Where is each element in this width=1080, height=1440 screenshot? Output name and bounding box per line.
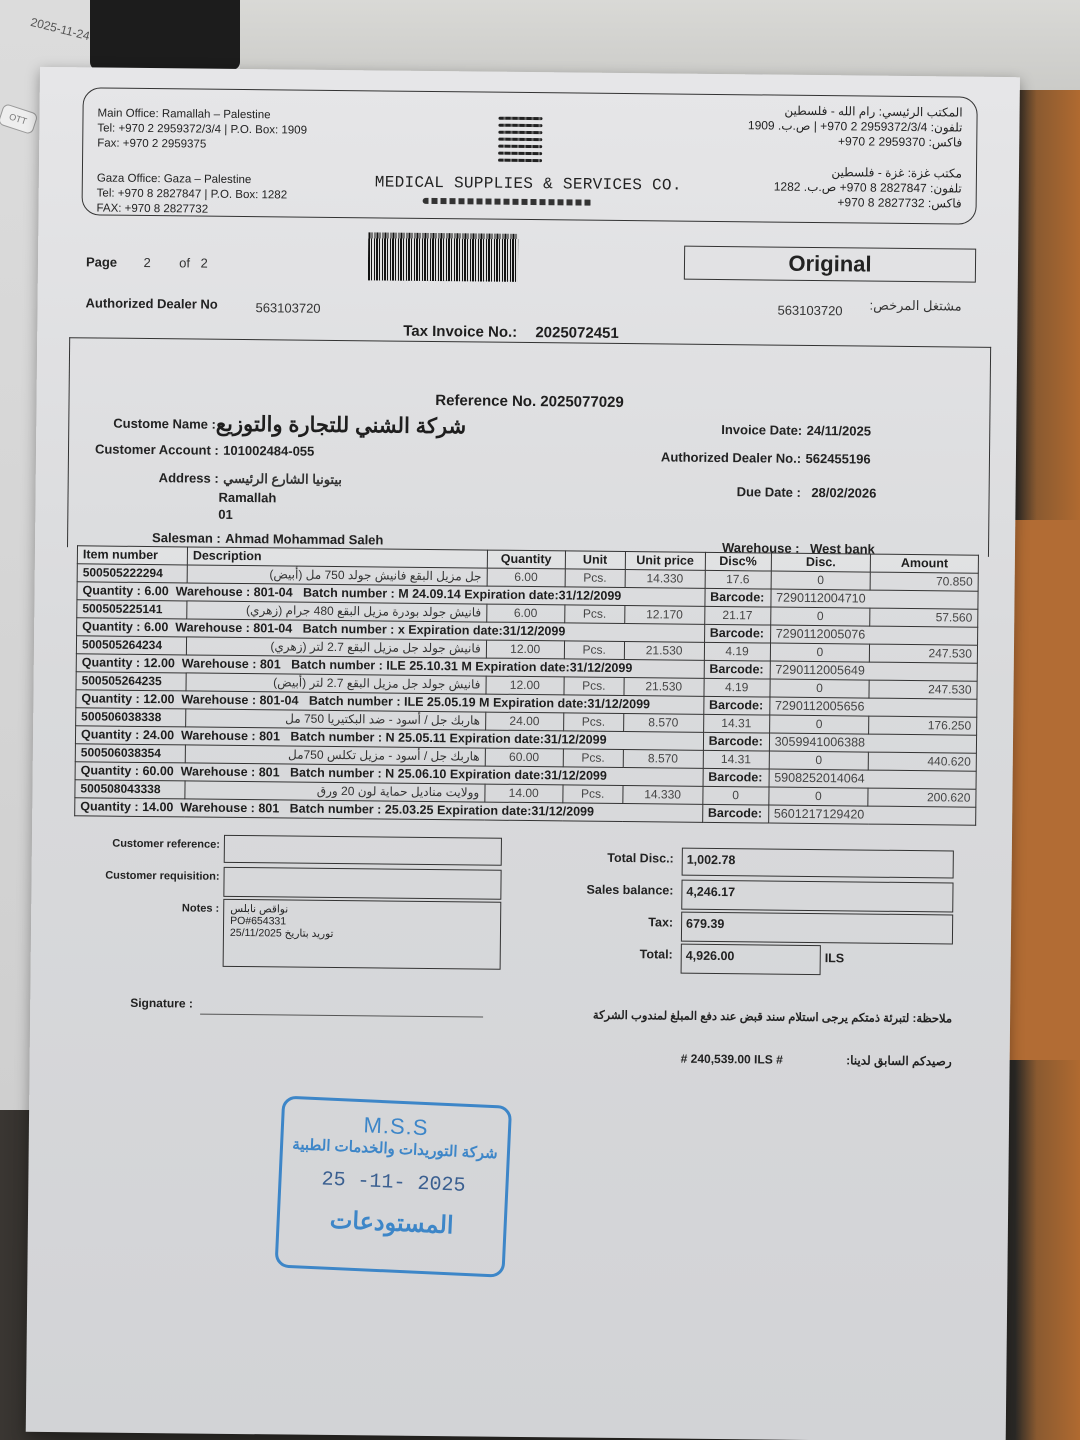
customer-reference-label: Customer reference: xyxy=(62,837,220,851)
item-number: 500505264235 xyxy=(76,672,186,691)
item-amount: 247.530 xyxy=(870,644,978,663)
customer-info-box: Reference No. 2025077029 Custome Name : … xyxy=(67,337,991,557)
item-unit-price: 21.530 xyxy=(624,642,704,661)
invoice-barcode xyxy=(368,232,518,282)
item-number: 500505264234 xyxy=(76,636,186,655)
company-logo-icon xyxy=(498,113,543,169)
item-unit: Pcs. xyxy=(563,749,623,768)
item-number: 500506038338 xyxy=(76,708,186,727)
ar-main-tel: تلفون: 2959372/3/4 2 970+ | ص.ب. 1909 xyxy=(748,118,963,135)
sales-balance-value: 4,246.17 xyxy=(681,880,953,913)
item-quantity: 12.00 xyxy=(486,676,564,695)
item-amount: 200.620 xyxy=(868,788,976,807)
copy-type-badge: Original xyxy=(684,246,976,283)
authorized-dealer-no: 563103720 xyxy=(255,300,320,316)
item-quantity: 6.00 xyxy=(487,568,565,587)
company-name: MEDICAL SUPPLIES & SERVICES CO. xyxy=(375,173,682,194)
notes-field: نواقص نابلس PO#654331 توريد بتاريخ 25/11… xyxy=(223,899,502,970)
barcode-label: Barcode: xyxy=(704,624,770,643)
decorative-squiggle xyxy=(423,198,593,206)
item-barcode: 5601217129420 xyxy=(768,805,976,825)
item-unit: Pcs. xyxy=(564,641,624,660)
item-amount: 70.850 xyxy=(870,572,978,591)
item-unit-price: 21.530 xyxy=(624,678,704,697)
letterhead: Main Office: Ramallah – Palestine Tel: +… xyxy=(81,87,977,224)
item-unit-price: 8.570 xyxy=(623,750,703,769)
item-unit-price: 14.330 xyxy=(625,570,705,589)
item-disc-pct: 4.19 xyxy=(704,678,770,697)
item-disc: 0 xyxy=(770,607,870,626)
stamp-date: 25 -11- 2025 xyxy=(281,1167,506,1200)
due-date-row: Due Date : 28/02/2026 xyxy=(737,483,877,502)
item-disc-pct: 14.31 xyxy=(703,750,769,769)
barcode-label: Barcode: xyxy=(703,732,769,751)
item-disc: 0 xyxy=(770,679,870,698)
previous-balance-row: # 240,539.00 ILS # رصيدكم السابق لدينا: xyxy=(681,1052,952,1069)
item-quantity: 6.00 xyxy=(487,604,565,623)
customer-name: شركة الشني للتجارة والتوزيع xyxy=(216,412,467,440)
sales-balance-label: Sales balance: xyxy=(531,882,673,897)
total-value: 4,926.00 xyxy=(681,944,821,975)
signature-line xyxy=(200,1014,483,1018)
item-unit-price: 14.330 xyxy=(623,786,703,805)
item-number: 500506038354 xyxy=(75,744,185,763)
main-fax: Fax: +970 2 2959375 xyxy=(97,136,307,153)
item-barcode: 7290112005076 xyxy=(770,625,978,645)
item-disc-pct: 17.6 xyxy=(705,570,771,589)
item-disc-pct: 0 xyxy=(702,786,768,805)
ar-gaza-tel: تلفون: 2827847 8 970+ ص.ب. 1282 xyxy=(747,179,962,196)
item-disc: 0 xyxy=(770,643,870,662)
item-number: 500505225141 xyxy=(77,600,187,619)
previous-balance-label-ar: رصيدكم السابق لدينا: xyxy=(846,1053,952,1068)
total-label: Total: xyxy=(531,946,673,961)
barcode-label: Barcode: xyxy=(705,588,771,607)
item-quantity: 60.00 xyxy=(485,748,563,767)
authorized-dealer-label-ar: مشتغل المرخص: xyxy=(869,298,961,315)
item-barcode: 7290112004710 xyxy=(771,589,979,609)
item-disc-pct: 4.19 xyxy=(704,642,770,661)
item-barcode: 7290112005649 xyxy=(770,661,978,681)
salesman-name: Ahmad Mohammad Saleh xyxy=(225,531,383,548)
warehouse-stamp: M.S.S شركة التوريدات والخدمات الطبية 25 … xyxy=(275,1096,513,1278)
item-unit: Pcs. xyxy=(563,785,623,804)
item-amount: 176.250 xyxy=(869,716,977,735)
address-block: Address : بيتونيا الشارع الرئيسي Ramalla… xyxy=(158,469,342,523)
customer-requisition-label: Customer requisition: xyxy=(62,869,220,883)
item-quantity: 24.00 xyxy=(485,712,563,731)
currency-label: ILS xyxy=(825,951,845,965)
item-disc: 0 xyxy=(771,571,871,590)
item-quantity: 12.00 xyxy=(486,640,564,659)
ar-gaza-fax: فاكس: 2827732 8 970+ xyxy=(747,194,962,211)
table-body: 500505222294جل مزيل البقع فانيش جولد 750… xyxy=(75,564,979,825)
background-device xyxy=(90,0,240,70)
customer-dealer-row: Authorized Dealer No.: 562455196 xyxy=(661,448,871,468)
item-disc: 0 xyxy=(769,751,869,770)
item-amount: 57.560 xyxy=(870,608,978,627)
item-barcode: 7290112005656 xyxy=(769,697,977,717)
tax-value: 679.39 xyxy=(681,912,953,945)
invoice-items-table: Item number Description Quantity Unit Un… xyxy=(74,545,979,825)
signature-label: Signature : xyxy=(130,996,193,1011)
item-unit: Pcs. xyxy=(564,677,624,696)
barcode-label: Barcode: xyxy=(704,660,770,679)
item-disc: 0 xyxy=(769,715,869,734)
item-unit: Pcs. xyxy=(565,569,625,588)
customer-account-row: Customer Account : 101002484-055 xyxy=(95,440,314,460)
invoice-date-row: Invoice Date: 24/11/2025 xyxy=(721,421,871,441)
customer-name-row: Custome Name : شركة الشني للتجارة والتوز… xyxy=(113,411,466,440)
item-disc-pct: 21.17 xyxy=(704,606,770,625)
gaza-fax: FAX: +970 8 2827732 xyxy=(96,201,306,218)
payment-note-ar: ملاحظة: لتبرئة ذمتكم يرجى استلام سند قبض… xyxy=(593,1008,952,1026)
item-barcode: 5908252014064 xyxy=(769,769,977,789)
item-unit: Pcs. xyxy=(564,605,624,624)
authorized-dealer-label: Authorized Dealer No xyxy=(85,295,217,311)
total-disc-value: 1,002.78 xyxy=(682,848,954,879)
total-disc-label: Total Disc.: xyxy=(532,850,674,865)
item-amount: 440.620 xyxy=(868,752,976,771)
item-barcode: 3059941006388 xyxy=(769,733,977,753)
item-unit: Pcs. xyxy=(563,713,623,732)
customer-reference-field xyxy=(224,835,502,866)
barcode-label: Barcode: xyxy=(702,804,768,823)
item-unit-price: 8.570 xyxy=(623,714,703,733)
item-amount: 247.530 xyxy=(869,680,977,699)
item-disc-pct: 14.31 xyxy=(703,714,769,733)
letterhead-arabic-contacts: المكتب الرئيسي: رام الله - فلسطين تلفون:… xyxy=(747,103,963,211)
item-unit-price: 12.170 xyxy=(624,606,704,625)
authorized-dealer-no-right: 563103720 xyxy=(777,303,842,319)
item-number: 500508043338 xyxy=(75,780,185,799)
item-disc: 0 xyxy=(768,787,868,806)
tax-invoice-number: Tax Invoice No.: 2025072451 xyxy=(403,323,619,342)
invoice-page: Main Office: Ramallah – Palestine Tel: +… xyxy=(26,67,1020,1440)
tax-label: Tax: xyxy=(531,914,673,929)
item-number: 500505222294 xyxy=(77,564,187,583)
item-quantity: 14.00 xyxy=(485,784,563,803)
barcode-label: Barcode: xyxy=(703,696,769,715)
notes-label: Notes : xyxy=(61,901,219,915)
barcode-label: Barcode: xyxy=(703,768,769,787)
previous-balance-value: # 240,539.00 ILS # xyxy=(681,1052,783,1067)
customer-account: 101002484-055 xyxy=(223,443,314,459)
customer-requisition-field xyxy=(223,867,501,900)
page-indicator: Page 2 of 2 xyxy=(86,253,208,272)
letterhead-english-contacts: Main Office: Ramallah – Palestine Tel: +… xyxy=(96,106,307,218)
